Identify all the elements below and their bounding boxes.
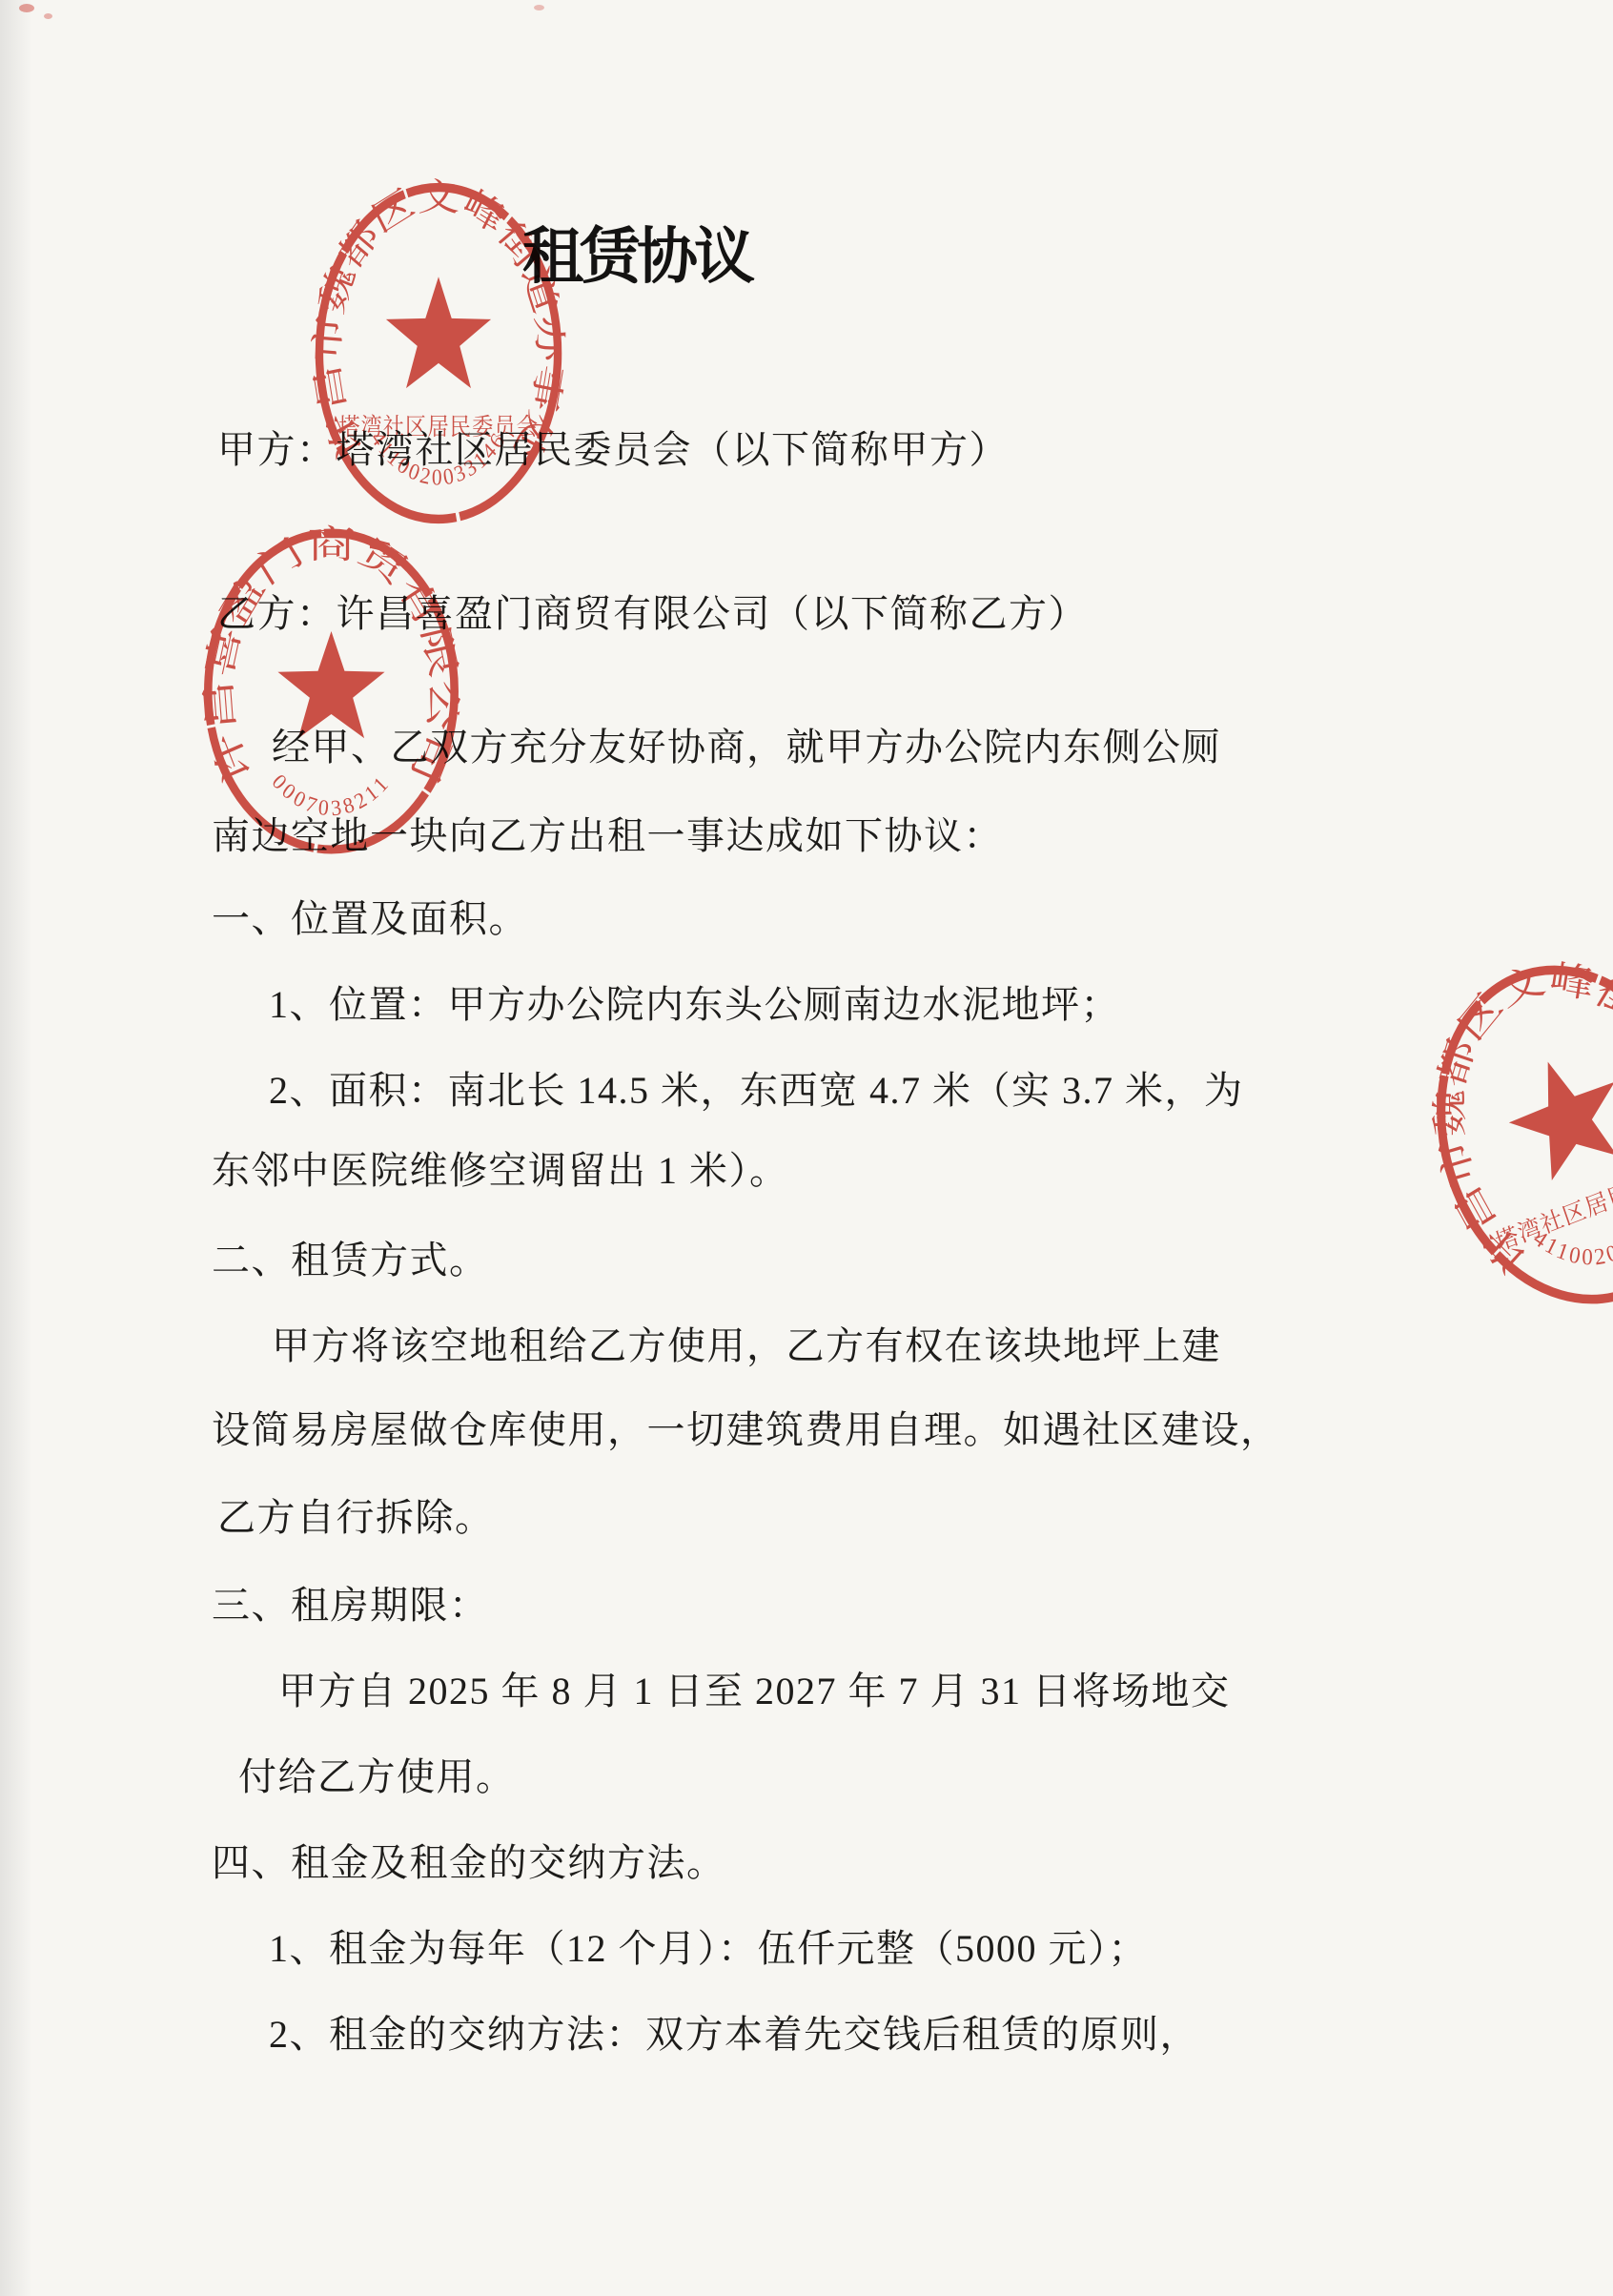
- ink-speck: [534, 5, 544, 10]
- contract-section-2: 二、租赁方式。: [212, 1230, 489, 1284]
- stamp-ring: [1430, 953, 1613, 1316]
- contract-line: 设简易房屋做仓库使用，一切建筑费用自理。如遇社区建设，: [212, 1400, 1280, 1454]
- contract-line: 1、租金为每年（12 个月）：伍仟元整（5000 元）；: [269, 1918, 1148, 1973]
- scanned-contract-page: 租赁协议 甲方：塔湾社区居民委员会（以下简称甲方） 乙方：许昌喜盈门商贸有限公司…: [0, 0, 1613, 2296]
- contract-section-4: 四、租金及租金的交纳方法。: [212, 1833, 726, 1887]
- stamp-ring: [208, 533, 454, 850]
- contract-line: 付给乙方使用。: [238, 1747, 516, 1801]
- svg-text:4110020033146: 4110020033146: [1524, 1177, 1613, 1294]
- svg-text:许昌市魏都区文峰街道办事处: 许昌市魏都区文峰街道办事处: [1430, 953, 1613, 1292]
- stamp-inner-text: 塔湾社区居民委员会: [1492, 1154, 1613, 1257]
- community-stamp-partial: 许昌市魏都区文峰街道办事处 塔湾社区居民委员会 4110020033146: [1430, 953, 1613, 1316]
- ink-speck: [19, 4, 34, 12]
- star-icon: [1495, 1041, 1613, 1188]
- contract-line: 甲方自 2025 年 8 月 1 日至 2027 年 7 月 31 日将场地交: [278, 1661, 1231, 1715]
- star-icon: [386, 277, 491, 388]
- document-title: 租赁协议: [522, 208, 751, 296]
- stamp-ring-text: 许昌市魏都区文峰街道办事处: [1430, 953, 1613, 1292]
- contract-section-1: 一、位置及面积。: [212, 889, 528, 943]
- contract-line: 乙方自行拆除。: [217, 1487, 495, 1542]
- contract-section-3: 三、租房期限：: [212, 1575, 489, 1630]
- contract-line: 甲方将该空地租给乙方使用，乙方有权在该块地坪上建: [272, 1316, 1221, 1370]
- ink-speck: [44, 13, 52, 19]
- contract-line-party-b: 乙方：许昌喜盈门商贸有限公司（以下简称乙方）: [217, 584, 1088, 638]
- contract-line: 经甲、乙双方充分友好协商，就甲方办公院内东侧公厕: [272, 717, 1221, 771]
- contract-line: 南边空地一块向乙方出租一事达成如下协议：: [212, 806, 1003, 860]
- contract-line: 1、位置：甲方办公院内东头公厕南边水泥地坪；: [269, 974, 1120, 1029]
- contract-line-party-a: 甲方：塔湾社区居民委员会（以下简称甲方）: [217, 420, 1009, 474]
- stamp-number: 4110020033146: [1524, 1177, 1613, 1294]
- contract-line: 东邻中医院维修空调留出 1 米）。: [212, 1140, 789, 1195]
- contract-line: 2、面积：南北长 14.5 米，东西宽 4.7 米（实 3.7 米，为: [269, 1060, 1244, 1115]
- contract-line: 2、租金的交纳方法：双方本着先交钱后租赁的原则，: [269, 2004, 1199, 2059]
- scan-edge-shadow: [0, 0, 32, 2296]
